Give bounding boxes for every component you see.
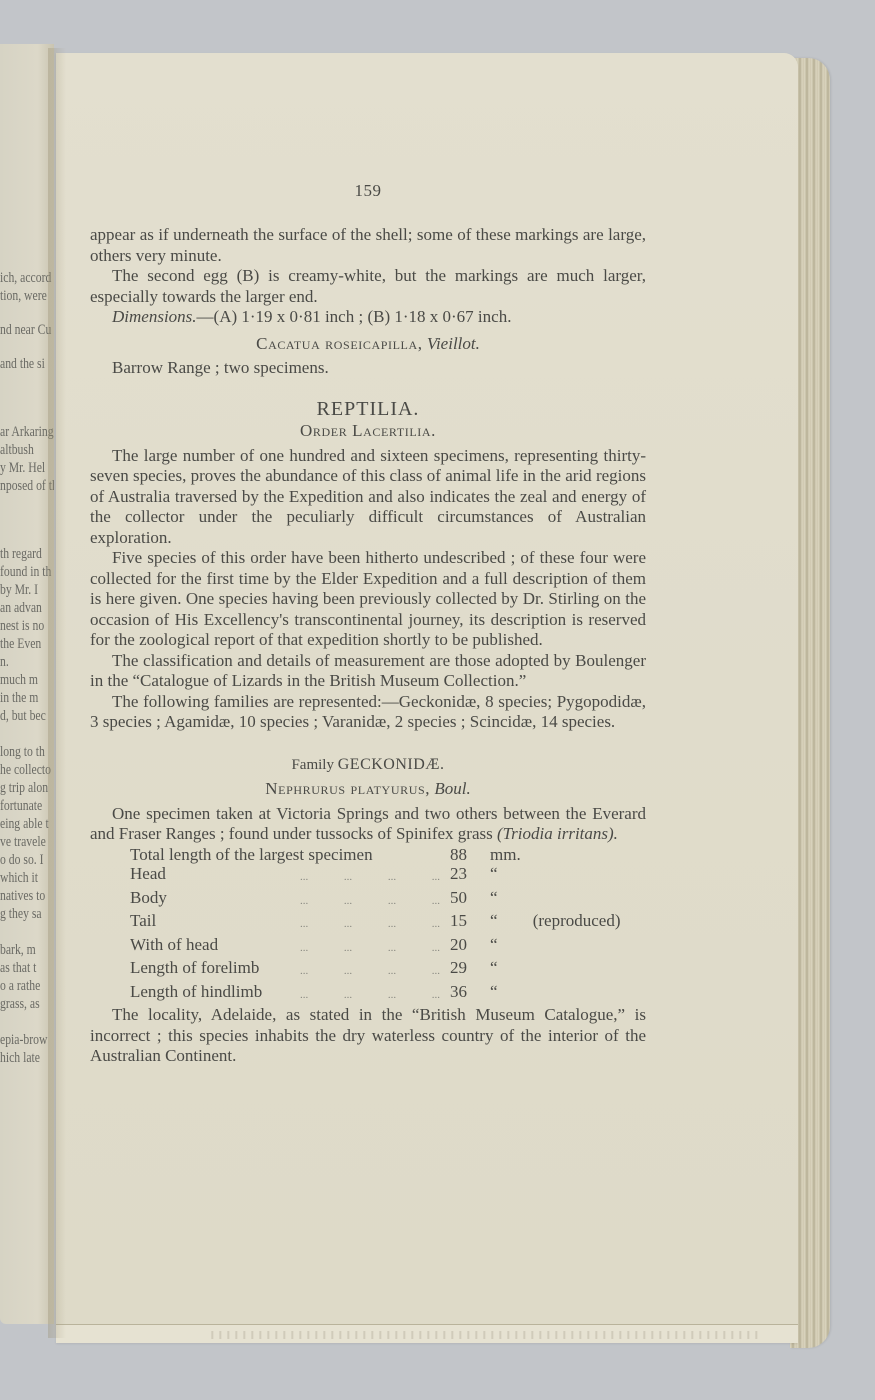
measurement-unit: mm. — [484, 845, 521, 865]
scientific-name-triodia: (Triodia irritans). — [497, 824, 618, 843]
left-page-text-fragment: n. — [0, 654, 9, 671]
left-page-text-fragment: altbush — [0, 442, 34, 459]
measurement-row: Head............23“ — [130, 864, 620, 888]
measurements-table: Total length of the largest specimen88mm… — [130, 845, 620, 1006]
left-page-text-fragment: an advan — [0, 600, 42, 617]
left-page-text-fragment: much m — [0, 672, 38, 689]
left-page-text-fragment: hich late — [0, 1050, 40, 1067]
leader-dots: ............ — [300, 958, 440, 982]
left-page-text-fragment: g trip alon — [0, 780, 48, 797]
class-heading: REPTILIA. — [90, 399, 646, 420]
left-page-text-fragment: natives to — [0, 888, 45, 905]
gutter-shadow — [48, 48, 66, 1338]
page-number: 159 — [90, 181, 646, 201]
leader-dots: ............ — [300, 864, 440, 888]
left-page-text-fragment: d, but bec — [0, 708, 46, 725]
left-page-text-fragment: y Mr. Hel — [0, 460, 45, 477]
measurement-value: 29 — [440, 958, 484, 982]
left-page-text-fragment: in the m — [0, 690, 38, 707]
measurement-label: Head — [130, 864, 300, 888]
left-page-text-fragment: which it — [0, 870, 38, 887]
left-page-text-fragment: g they sa — [0, 906, 42, 923]
measurement-row: With of head............20“ — [130, 935, 620, 959]
left-page-text-fragment: nd near Cu — [0, 322, 51, 339]
species-name: Nephrurus platyurus, — [265, 779, 430, 798]
measurement-value: 36 — [440, 982, 484, 1006]
measurement-value: 20 — [440, 935, 484, 959]
measurement-unit: “ — [484, 958, 521, 982]
measurement-label: Body — [130, 888, 300, 912]
leader-dots: ............ — [300, 982, 440, 1006]
paragraph-families: The following families are represented:—… — [90, 692, 646, 733]
left-page-text-fragment: ve travele — [0, 834, 46, 851]
paragraph-egg-markings: appear as if underneath the surface of t… — [90, 225, 646, 266]
left-page-text-fragment: nposed of th — [0, 478, 54, 495]
paragraph-locality-correction: The locality, Adelaide, as stated in the… — [90, 1005, 646, 1067]
leader-dots: ............ — [300, 888, 440, 912]
left-page-text-fragment: epia-brow — [0, 1032, 47, 1049]
paragraph-dimensions: Dimensions.—(A) 1·19 x 0·81 inch ; (B) 1… — [90, 307, 646, 328]
measurement-note — [521, 935, 621, 959]
measurement-unit: “ — [484, 864, 521, 888]
measurement-value: 88 — [440, 845, 484, 865]
left-page-text-fragment: by Mr. I — [0, 582, 38, 599]
paragraph-second-egg: The second egg (B) is creamy-white, but … — [90, 266, 646, 307]
measurement-unit: “ — [484, 935, 521, 959]
page-bottom-edge — [56, 1324, 798, 1343]
measurement-row: Length of forelimb............29“ — [130, 958, 620, 982]
left-page-text-fragment: grass, as — [0, 996, 40, 1013]
measurement-label: Total length of the largest specimen — [130, 845, 440, 865]
species-name: Cacatua roseicapilla, — [256, 334, 422, 353]
family-heading: Family GECKONIDÆ. — [90, 755, 646, 776]
measurement-label: With of head — [130, 935, 300, 959]
measurement-value: 15 — [440, 911, 484, 935]
page-foxing — [206, 1331, 758, 1339]
dimensions-text: —(A) 1·19 x 0·81 inch ; (B) 1·18 x 0·67 … — [197, 307, 512, 326]
paragraph-classification: The classification and details of measur… — [90, 651, 646, 692]
measurement-label: Tail — [130, 911, 300, 935]
species-heading-nephrurus: Nephrurus platyurus, Boul. — [90, 779, 646, 800]
left-page-text-fragment: long to th — [0, 744, 45, 761]
left-page-text-fragment: ar Arkaring — [0, 424, 54, 441]
left-page-text-fragment: as that t — [0, 960, 36, 977]
measurement-note — [521, 845, 621, 865]
left-page-text-fragment: he collecto — [0, 762, 51, 779]
measurement-row: Length of hindlimb............36“ — [130, 982, 620, 1006]
leader-dots: ............ — [300, 911, 440, 935]
left-page-text-fragment: ich, accord — [0, 270, 51, 287]
measurement-note: (reproduced) — [521, 911, 621, 935]
leader-dots: ............ — [300, 935, 440, 959]
measurement-row: Total length of the largest specimen88mm… — [130, 845, 620, 865]
left-page-text-fragment: o a rathe — [0, 978, 40, 995]
measurement-value: 23 — [440, 864, 484, 888]
book-page: 159 appear as if underneath the surface … — [56, 53, 798, 1343]
family-name: GECKONIDÆ. — [338, 756, 445, 773]
left-page-text-fragment: the Even — [0, 636, 41, 653]
measurement-unit: “ — [484, 888, 521, 912]
measurement-note — [521, 982, 621, 1006]
measurement-value: 50 — [440, 888, 484, 912]
family-prefix: Family — [291, 757, 334, 773]
measurement-label: Length of forelimb — [130, 958, 300, 982]
paragraph-specimen-locality: One specimen taken at Victoria Springs a… — [90, 804, 646, 845]
measurement-row: Body............50“ — [130, 888, 620, 912]
left-page-text-fragment: found in th — [0, 564, 51, 581]
measurement-label: Length of hindlimb — [130, 982, 300, 1006]
left-page-text-fragment: bark, m — [0, 942, 36, 959]
measurement-note — [521, 958, 621, 982]
species-author: Vieillot. — [427, 334, 480, 353]
measurement-unit: “ — [484, 911, 521, 935]
paragraph-specimens: The large number of one hundred and sixt… — [90, 446, 646, 549]
measurement-unit: “ — [484, 982, 521, 1006]
left-page-text-fragment: eing able t — [0, 816, 49, 833]
left-page-text-fragment: fortunate — [0, 798, 42, 815]
order-heading: Order Lacertilia. — [90, 421, 646, 442]
species-heading-cacatua: Cacatua roseicapilla, Vieillot. — [90, 334, 646, 355]
dimensions-label: Dimensions. — [112, 307, 197, 326]
paragraph-locality-barrow: Barrow Range ; two specimens. — [90, 358, 646, 379]
measurement-note — [521, 864, 621, 888]
left-page-text-fragment: o do so. I — [0, 852, 44, 869]
left-page-text-fragment: and the si — [0, 356, 45, 373]
left-page-text-fragment: tion, were — [0, 288, 47, 305]
species-author: Boul. — [434, 779, 470, 798]
left-page-text-fragment: nest is no — [0, 618, 44, 635]
measurement-row: Tail............15“(reproduced) — [130, 911, 620, 935]
paragraph-undescribed: Five species of this order have been hit… — [90, 548, 646, 651]
text-block: appear as if underneath the surface of t… — [90, 225, 646, 1067]
left-facing-page: ich, accordtion, werend near Cuand the s… — [0, 44, 54, 1324]
measurement-note — [521, 888, 621, 912]
left-page-text-fragment: th regard — [0, 546, 42, 563]
